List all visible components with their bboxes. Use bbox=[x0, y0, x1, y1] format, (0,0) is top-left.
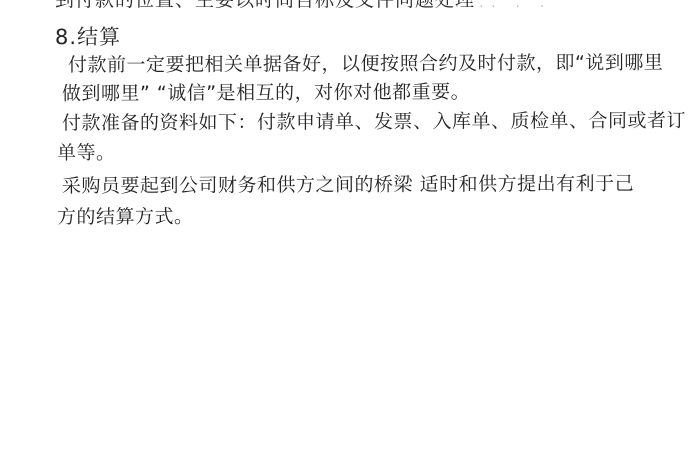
handwritten-line-2: 做到哪里” “诚信”是相互的，对你对他都重要。 bbox=[62, 79, 470, 107]
handwritten-line-3: 付款准备的资料如下：付款申请单、发票、入库单、质检单、合同或者订 bbox=[62, 108, 686, 137]
clipped-top-line-text: 到付款的位置、主要以时间目标及文件问题处理 bbox=[55, 0, 645, 13]
faint-trailing-marks: · ·· · · bbox=[455, 0, 552, 15]
handwritten-line-1: 付款前一定要把相关单据备好，以便按照合约及时付款，即“说到哪里 bbox=[68, 50, 663, 79]
handwritten-line-6: 方的结算方式。 bbox=[57, 204, 194, 231]
handwritten-line-4: 单等。 bbox=[57, 140, 116, 166]
section-heading: 8.结算 bbox=[55, 24, 121, 50]
handwritten-line-5: 采购员要起到公司财务和供方之间的桥梁 适时和供方提出有利于己 bbox=[62, 171, 634, 199]
clipped-top-line: 到付款的位置、主要以时间目标及文件问题处理 bbox=[55, 0, 645, 13]
handwritten-notes-page: 到付款的位置、主要以时间目标及文件问题处理 · ·· · · 8.结算 付款前一… bbox=[0, 0, 700, 470]
